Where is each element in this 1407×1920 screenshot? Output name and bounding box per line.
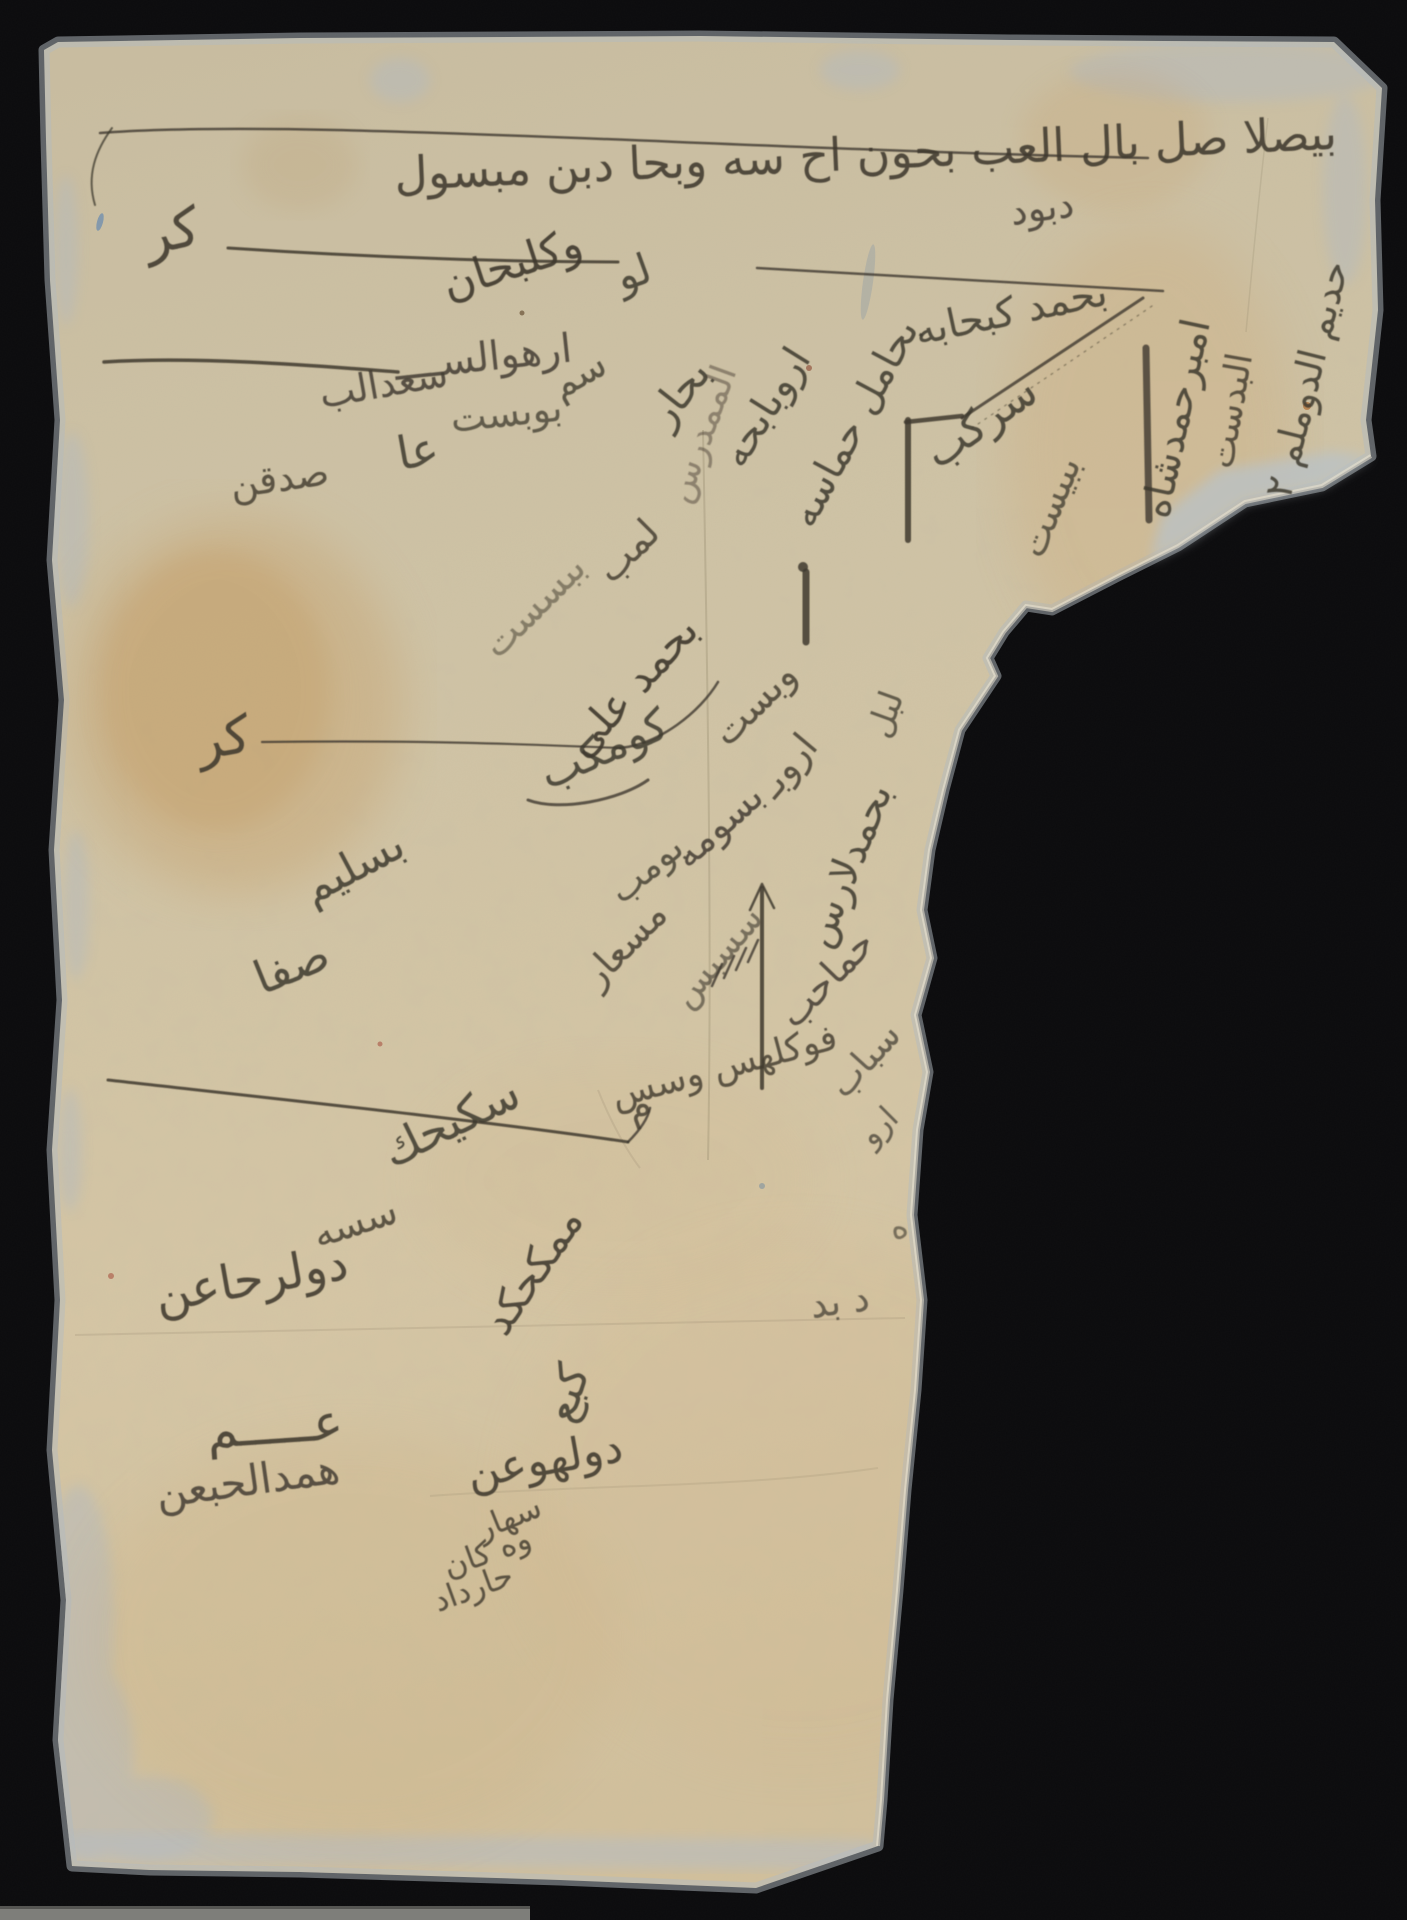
scale-bar xyxy=(0,1906,530,1920)
manuscript-scan: بيصلا صل بال العب بحون اح سه وبحا دبن مب… xyxy=(0,0,1407,1920)
scan-canvas: بيصلا صل بال العب بحون اح سه وبحا دبن مب… xyxy=(0,0,1407,1920)
inscription: د بد xyxy=(807,1275,872,1327)
